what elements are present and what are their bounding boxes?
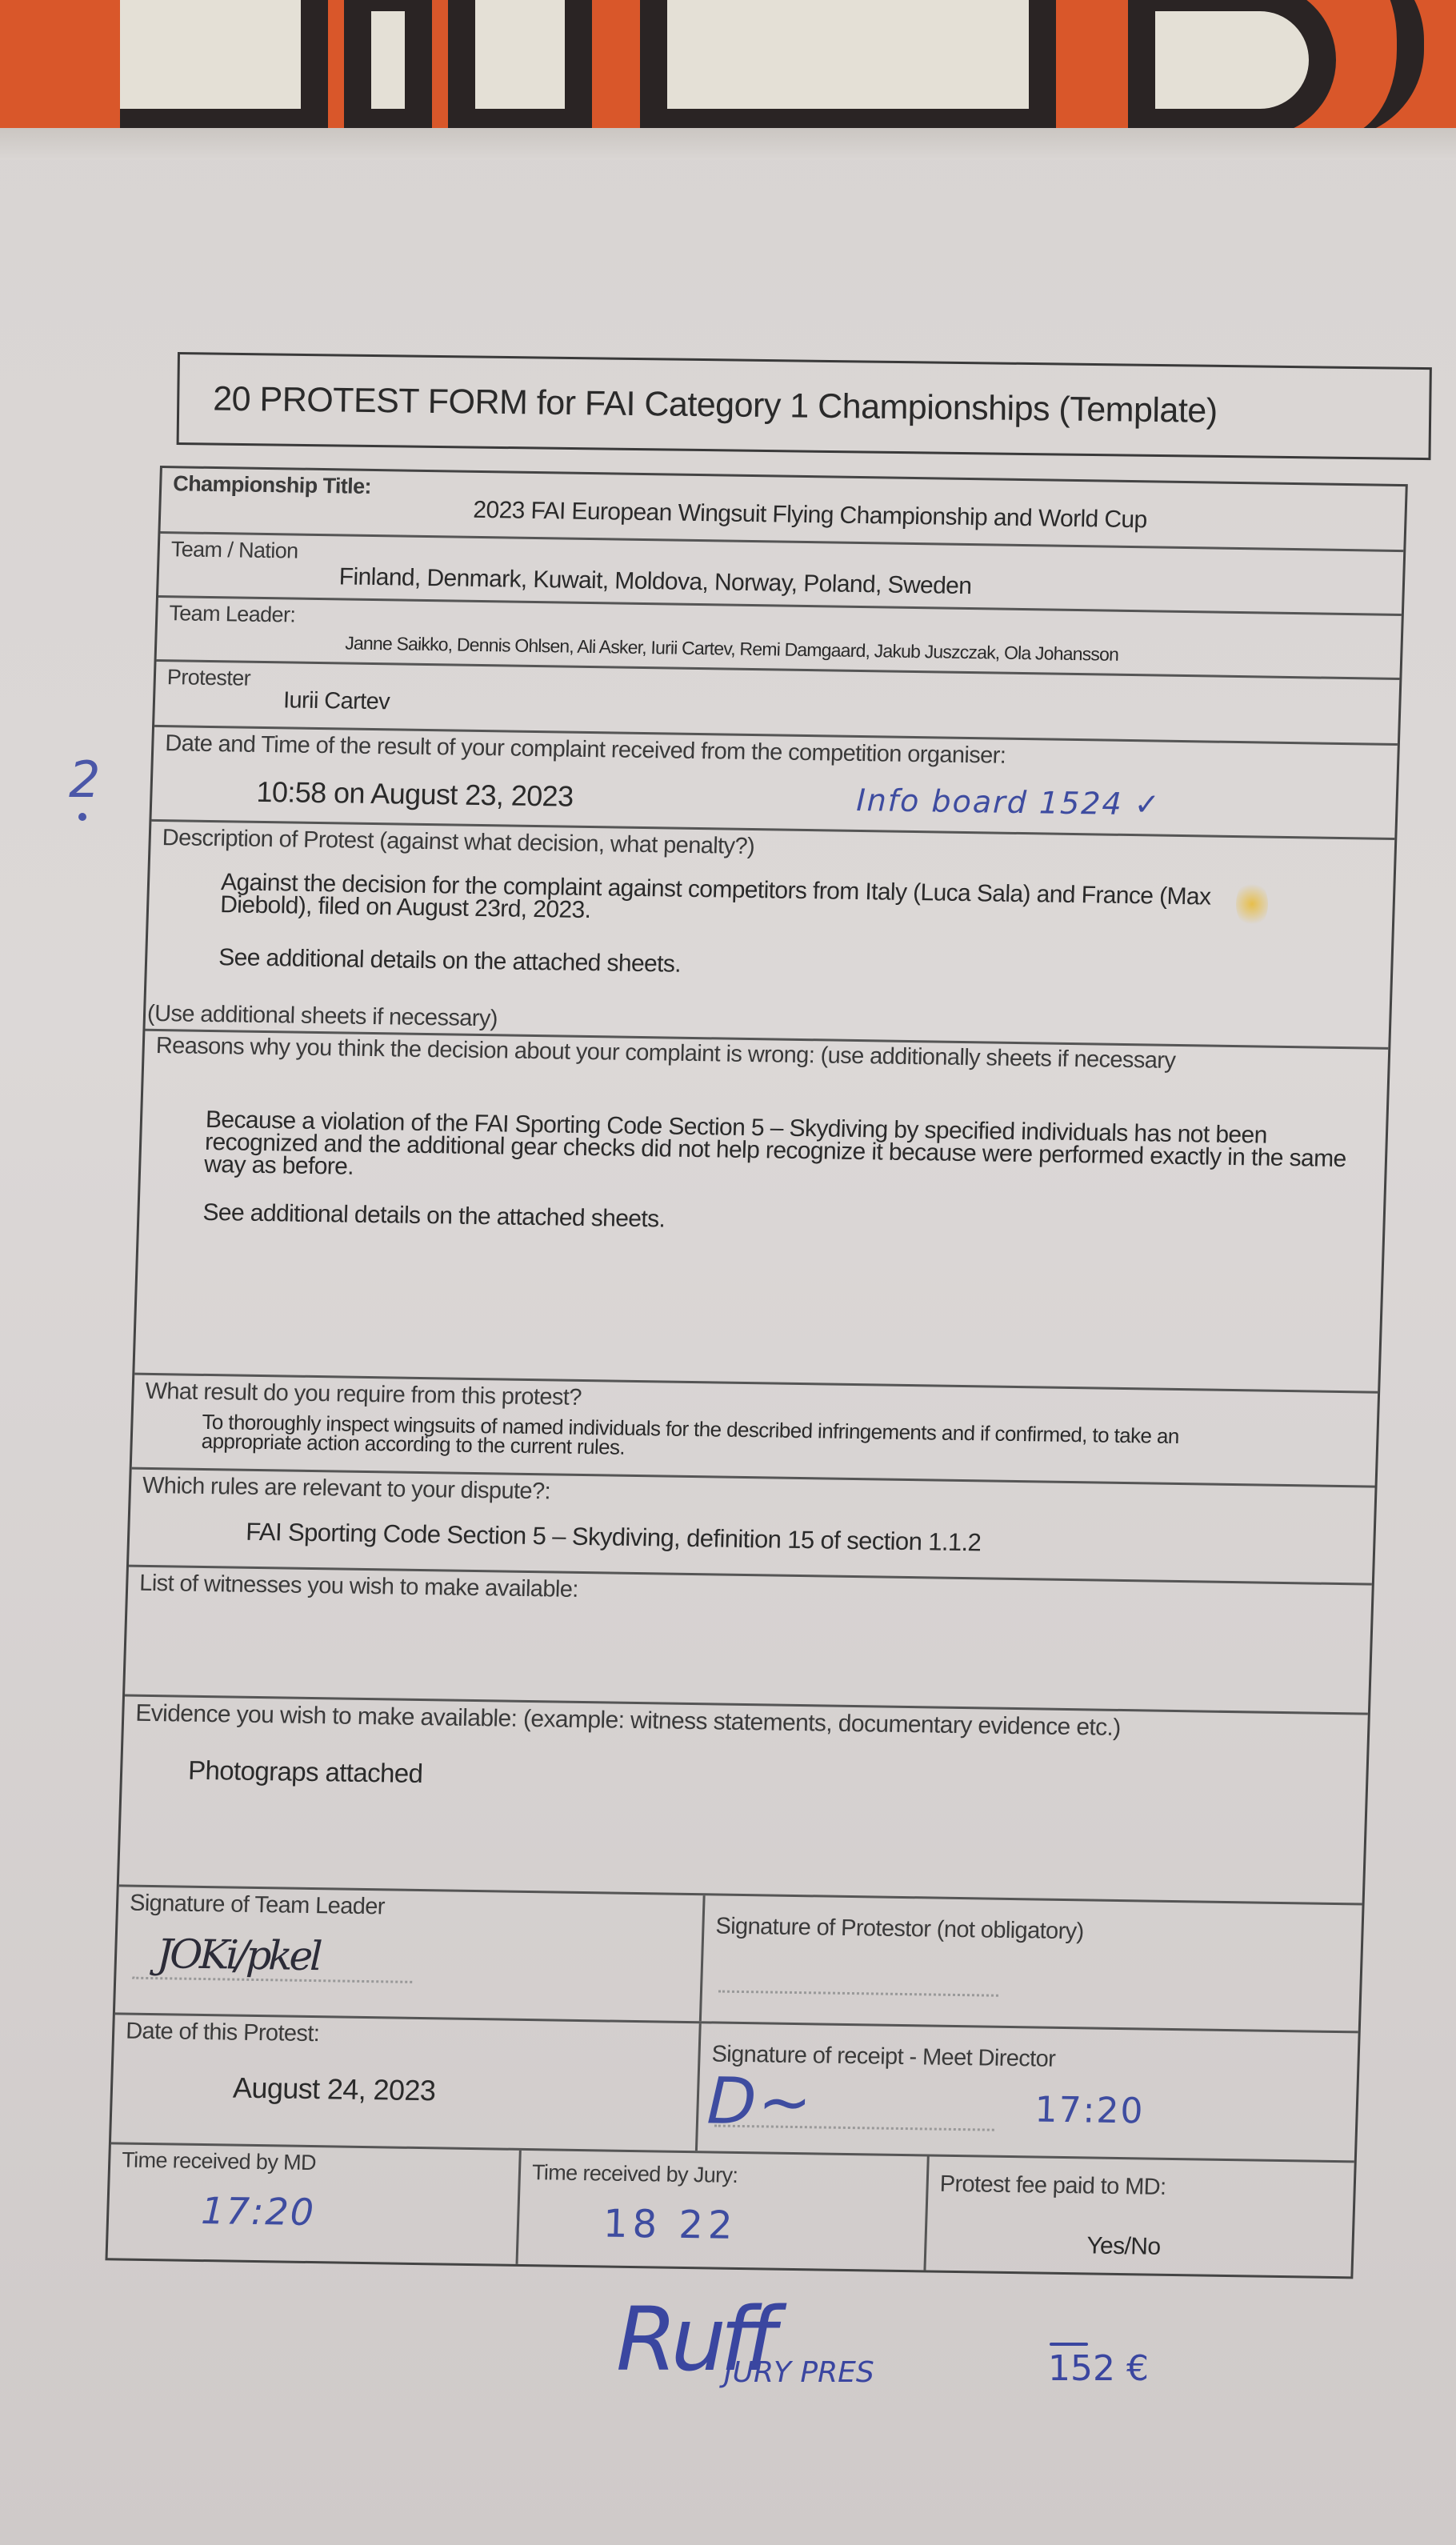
description-paragraph-1[interactable]: Against the decision for the complaint a… [220, 871, 1286, 932]
form-title-box: 20 PROTEST FORM for FAI Category 1 Champ… [177, 352, 1432, 460]
team-leader-signature-label: Signature of Team Leader [130, 1891, 692, 1925]
rules-row: Which rules are relevant to your dispute… [129, 1470, 1375, 1586]
evidence-value[interactable]: Photograps attached [188, 1755, 423, 1789]
jury-title: JURY PRES [724, 2356, 874, 2389]
result-required-row: What result do you require from this pro… [132, 1375, 1378, 1488]
result-datetime-value[interactable]: 10:58 on August 23, 2023 [256, 775, 574, 814]
protestor-signature-line[interactable] [718, 1991, 998, 1997]
protest-fee-label: Protest fee paid to MD: [939, 2171, 1342, 2203]
reasons-paragraph-1[interactable]: Because a violation of the FAI Sporting … [204, 1109, 1374, 1194]
rules-value[interactable]: FAI Sporting Code Section 5 – Skydiving,… [246, 1518, 982, 1558]
date-receipt-row: Date of this Protest: August 24, 2023 Si… [111, 2015, 1358, 2163]
orange-banner [0, 0, 1456, 138]
protest-fee-options[interactable]: Yes/No [1086, 2232, 1161, 2260]
time-md-value[interactable]: 17:20 [201, 2189, 316, 2234]
margin-mark: 2 [69, 750, 100, 809]
logo-letter-s [120, 0, 328, 136]
logo-letter-i [344, 0, 432, 136]
protest-fee-cell: Protest fee paid to MD: Yes/No [923, 2156, 1354, 2276]
time-jury-value[interactable]: 18 22 [602, 2201, 738, 2247]
result-datetime-row: Date and Time of the result of your comp… [151, 727, 1397, 840]
date-of-protest-label: Date of this Protest: [126, 2019, 688, 2053]
time-md-cell: Time received by MD 17:20 [108, 2144, 519, 2264]
date-of-protest-value[interactable]: August 24, 2023 [232, 2071, 435, 2108]
yes-underline [1050, 2343, 1088, 2346]
team-leader-signature-cell: Signature of Team Leader JOKi/pkel [115, 1887, 703, 2021]
witnesses-row: List of witnesses you wish to make avail… [125, 1567, 1372, 1715]
logo-letter-m [640, 0, 1056, 136]
paper-edge [0, 128, 1456, 160]
logo-arc [1336, 0, 1424, 138]
logo-letter-d [1128, 0, 1336, 136]
meet-director-cell: Signature of receipt - Meet Director D~ … [695, 2023, 1358, 2160]
description-row: Description of Protest (against what dec… [145, 822, 1394, 1050]
protestor-signature-label: Signature of Protestor (not obligatory) [715, 1914, 1350, 1950]
reasons-paragraph-2[interactable]: See additional details on the attached s… [202, 1202, 1372, 1242]
championship-label: Championship Title: [173, 471, 372, 499]
logo-letter-u [448, 0, 592, 136]
reasons-row: Reasons why you think the decision about… [134, 1031, 1388, 1394]
championship-value[interactable]: 2023 FAI European Wingsuit Flying Champi… [473, 497, 1147, 534]
protestor-signature-cell: Signature of Protestor (not obligatory) [699, 1895, 1362, 2031]
form-title: 20 PROTEST FORM for FAI Category 1 Champ… [213, 379, 1218, 430]
margin-dot [78, 813, 86, 821]
protest-form: Championship Title: 2023 FAI European Wi… [105, 466, 1407, 2279]
info-board-note: Info board 1524 ✓ [856, 782, 1162, 822]
meet-director-time: 17:20 [1034, 2089, 1145, 2131]
result-required-value[interactable]: To thoroughly inspect wingsuits of named… [201, 1412, 1194, 1465]
highlighter-smudge [1236, 880, 1268, 928]
times-row: Time received by MD 17:20 Time received … [108, 2144, 1354, 2276]
evidence-row: Evidence you wish to make available: (ex… [119, 1697, 1368, 1906]
time-jury-label: Time received by Jury: [532, 2160, 916, 2191]
date-of-protest-cell: Date of this Protest: August 24, 2023 [111, 2015, 699, 2151]
fee-amount: 152 € [1048, 2348, 1149, 2389]
meet-director-signature[interactable]: D~ [706, 2063, 814, 2139]
time-md-label: Time received by MD [122, 2148, 508, 2179]
description-footer: (Use additional sheets if necessary) [147, 1001, 498, 1032]
team-leader-signature[interactable]: JOKi/pkel [156, 1931, 320, 1979]
protester-value[interactable]: Iurii Cartev [283, 687, 390, 715]
signature-row: Signature of Team Leader JOKi/pkel Signa… [115, 1887, 1362, 2033]
time-jury-cell: Time received by Jury: 18 22 [515, 2151, 926, 2271]
description-paragraph-2[interactable]: See additional details on the attached s… [218, 946, 1380, 986]
